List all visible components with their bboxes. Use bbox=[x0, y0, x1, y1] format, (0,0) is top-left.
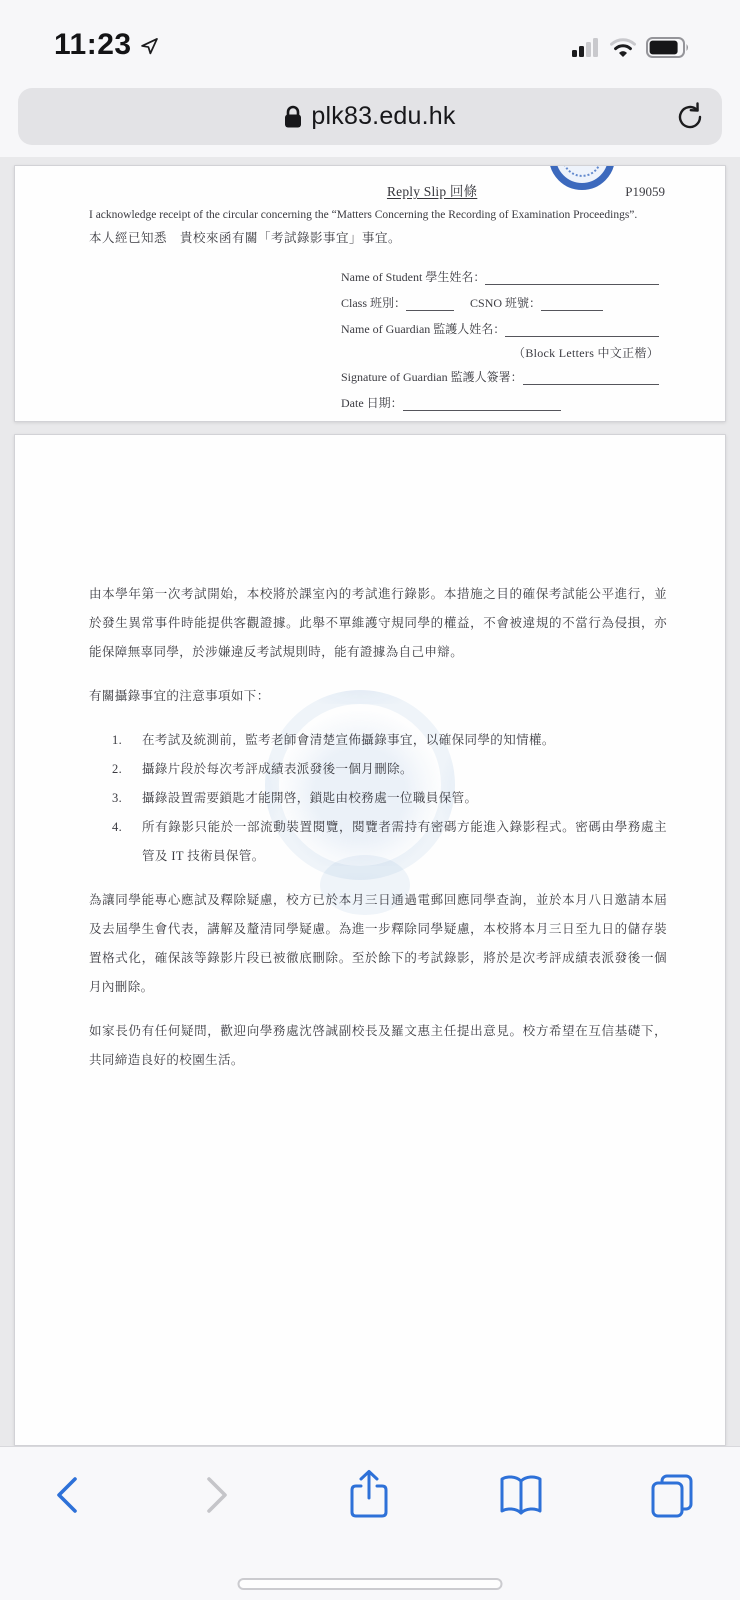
safari-browser-window: 11:23 bbox=[0, 0, 740, 1600]
class-csno-row: Class 班別： CSNO 班號： bbox=[341, 294, 659, 311]
home-indicator[interactable] bbox=[238, 1578, 503, 1590]
reply-slip-form: Name of Student 學生姓名： Class 班別： CSNO 班號：… bbox=[341, 268, 659, 411]
guardian-name-label: Name of Guardian 監護人姓名： bbox=[341, 320, 505, 337]
pdf-page-1: Reply Slip 回條 P19059 I acknowledge recei… bbox=[14, 165, 726, 422]
reply-slip-title: Reply Slip 回條 bbox=[89, 180, 625, 200]
note-text: 攝錄設置需要鎖匙才能開啓，鎖匙由校務處一位職員保管。 bbox=[142, 784, 667, 813]
note-number: 2. bbox=[89, 755, 142, 784]
date-blank-line bbox=[403, 397, 561, 411]
letter-body: 由本學年第一次考試開始，本校將於課室內的考試進行錄影。本措施之目的確保考試能公平… bbox=[15, 435, 725, 1075]
safari-bottom-toolbar bbox=[0, 1446, 740, 1600]
tabs-button[interactable] bbox=[646, 1469, 698, 1521]
class-blank-line bbox=[406, 297, 454, 311]
back-button[interactable] bbox=[40, 1469, 92, 1521]
wifi-icon bbox=[610, 38, 636, 57]
share-button[interactable] bbox=[343, 1469, 395, 1521]
student-name-label: Name of Student 學生姓名： bbox=[341, 268, 485, 285]
letter-paragraph-2: 為讓同學能專心應試及釋除疑慮，校方已於本月三日通過電郵回應同學查詢，並於本月八日… bbox=[89, 886, 667, 1002]
student-name-blank-line bbox=[485, 271, 659, 285]
lock-icon bbox=[284, 105, 302, 128]
reload-icon[interactable] bbox=[672, 99, 708, 135]
note-item-4: 4. 所有錄影只能於一部流動裝置閱覽，閱覽者需持有密碼方能進入錄影程式。密碼由學… bbox=[89, 813, 667, 871]
csno-blank-line bbox=[541, 297, 603, 311]
block-letters-note: （Block Letters 中文正楷） bbox=[341, 344, 659, 361]
note-number: 1. bbox=[89, 726, 142, 755]
note-number: 4. bbox=[89, 813, 142, 871]
guardian-signature-blank-line bbox=[523, 371, 659, 385]
note-text: 在考試及統測前，監考老師會清楚宣佈攝錄事宜，以確保同學的知情權。 bbox=[142, 726, 667, 755]
acknowledgement-english: I acknowledge receipt of the circular co… bbox=[15, 200, 725, 221]
page-scroll-area[interactable]: Reply Slip 回條 P19059 I acknowledge recei… bbox=[0, 157, 740, 1446]
battery-icon bbox=[646, 37, 690, 58]
note-text: 所有錄影只能於一部流動裝置閱覽，閱覽者需持有密碼方能進入錄影程式。密碼由學務處主… bbox=[142, 813, 667, 871]
notes-intro: 有關攝錄事宜的注意事項如下： bbox=[89, 682, 667, 711]
status-time: 11:23 bbox=[54, 28, 132, 62]
class-label: Class 班別： bbox=[341, 294, 406, 311]
letter-paragraph-3: 如家長仍有任何疑問，歡迎向學務處沈啓誠副校長及羅文惠主任提出意見。校方希望在互信… bbox=[89, 1017, 667, 1075]
student-name-row: Name of Student 學生姓名： bbox=[341, 268, 659, 285]
note-text: 攝錄片段於每次考評成績表派發後一個月刪除。 bbox=[142, 755, 667, 784]
cellular-signal-icon bbox=[572, 38, 600, 57]
note-item-3: 3. 攝錄設置需要鎖匙才能開啓，鎖匙由校務處一位職員保管。 bbox=[89, 784, 667, 813]
document-number: P19059 bbox=[625, 184, 665, 200]
bookmarks-button[interactable] bbox=[495, 1469, 547, 1521]
browser-top-chrome: 11:23 bbox=[0, 0, 740, 157]
note-item-1: 1. 在考試及統測前，監考老師會清楚宣佈攝錄事宜，以確保同學的知情權。 bbox=[89, 726, 667, 755]
status-bar: 11:23 bbox=[0, 0, 740, 64]
guardian-name-blank-line bbox=[505, 323, 659, 337]
note-number: 3. bbox=[89, 784, 142, 813]
address-bar[interactable]: plk83.edu.hk bbox=[18, 88, 722, 145]
letter-paragraph-1: 由本學年第一次考試開始，本校將於課室內的考試進行錄影。本措施之目的確保考試能公平… bbox=[89, 580, 667, 667]
notes-list: 1. 在考試及統測前，監考老師會清楚宣佈攝錄事宜，以確保同學的知情權。 2. 攝… bbox=[89, 726, 667, 871]
guardian-name-row: Name of Guardian 監護人姓名： bbox=[341, 320, 659, 337]
forward-button[interactable] bbox=[192, 1469, 244, 1521]
note-item-2: 2. 攝錄片段於每次考評成績表派發後一個月刪除。 bbox=[89, 755, 667, 784]
date-row: Date 日期： bbox=[341, 394, 659, 411]
location-arrow-icon bbox=[139, 35, 160, 56]
pdf-page-2: 由本學年第一次考試開始，本校將於課室內的考試進行錄影。本措施之目的確保考試能公平… bbox=[14, 434, 726, 1446]
acknowledgement-chinese: 本人經已知悉 貴校來函有關「考試錄影事宜」事宜。 bbox=[15, 221, 725, 246]
guardian-signature-label: Signature of Guardian 監護人簽署： bbox=[341, 368, 523, 385]
date-label: Date 日期： bbox=[341, 394, 403, 411]
guardian-signature-row: Signature of Guardian 監護人簽署： bbox=[341, 368, 659, 385]
url-domain: plk83.edu.hk bbox=[311, 102, 455, 131]
url-bar-row: plk83.edu.hk bbox=[0, 64, 740, 157]
csno-label: CSNO 班號： bbox=[470, 294, 541, 311]
